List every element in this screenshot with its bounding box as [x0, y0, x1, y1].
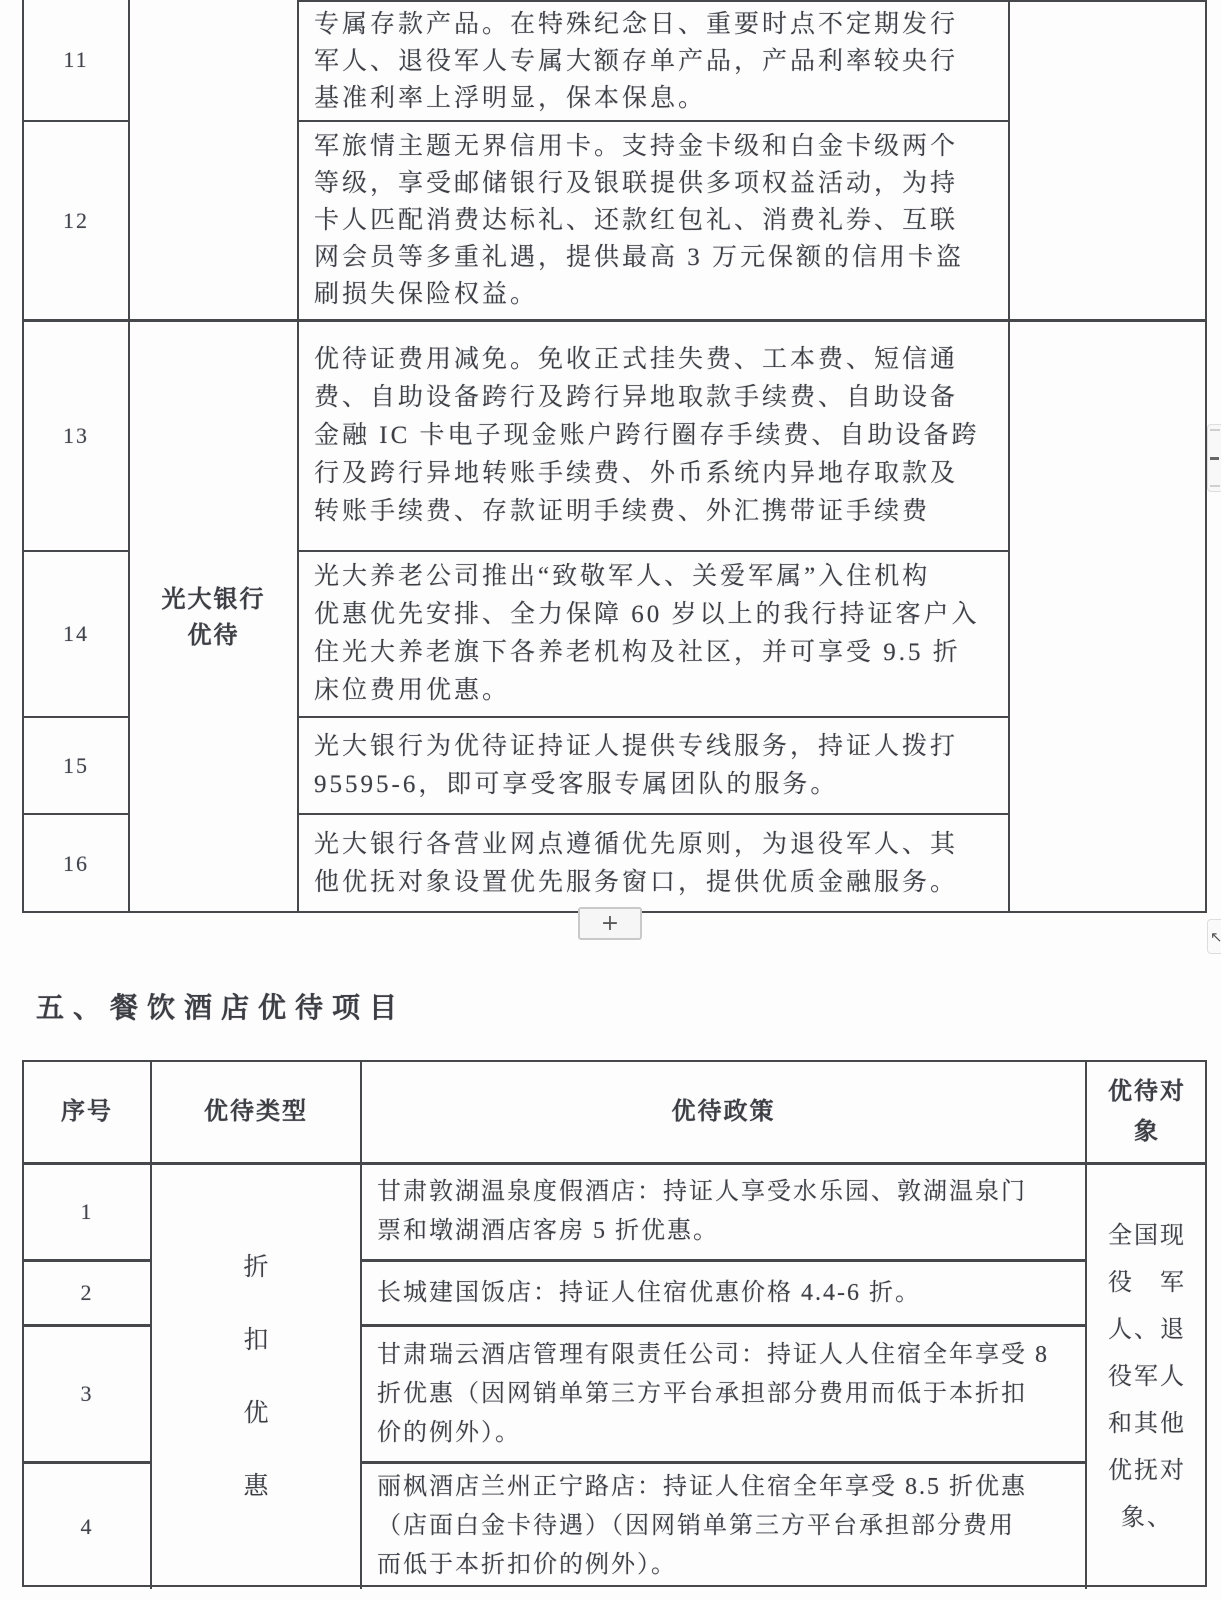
header-benefit-type: 优待类型	[152, 1062, 362, 1165]
header-serial-number: 序号	[24, 1062, 152, 1165]
nw-arrow-icon: ↖	[1210, 928, 1221, 946]
benefit-policy-cell: 甘肃瑞云酒店管理有限责任公司：持证人人住宿全年享受 8 折优惠（因网销单第三方平…	[362, 1327, 1087, 1464]
row-number-cell: 13	[24, 322, 130, 552]
scrollbar-tick	[1210, 485, 1220, 487]
header-benefit-policy: 优待政策	[362, 1062, 1087, 1165]
row-number-cell: 12	[24, 122, 130, 322]
benefit-policy-cell: 甘肃敦湖温泉度假酒店：持证人享受水乐园、敦湖温泉门 票和墩湖酒店客房 5 折优惠…	[362, 1165, 1087, 1262]
hotel-benefits-table: 序号 优待类型 优待政策 优待对 象 1 2 3 4 折 扣 优 惠 甘肃敦湖温…	[22, 1060, 1207, 1587]
benefit-policy-cell: 军旅情主题无界信用卡。支持金卡级和白金卡级两个 等级，享受邮储银行及银联提供多项…	[299, 122, 1010, 322]
benefit-policy-cell: 光大银行各营业网点遵循优先原则，为退役军人、其 他优抚对象设置优先服务窗口，提供…	[299, 815, 1010, 913]
scrollbar-handle[interactable]	[1207, 424, 1221, 492]
row-number-cell: 1	[24, 1165, 152, 1262]
benefit-type-cell-continued	[130, 0, 299, 322]
row-number-cell: 16	[24, 815, 130, 913]
scroll-to-top-button[interactable]: ↖	[1207, 919, 1221, 954]
scrollbar-thumb	[1210, 457, 1219, 460]
benefit-policy-cell: 专属存款产品。在特殊纪念日、重要时点不定期发行 军人、退役军人专属大额存单产品，…	[299, 0, 1010, 122]
document-page: { "section_title": "五、餐饮酒店优待项目", "plus_b…	[0, 0, 1221, 1600]
row-number-cell: 2	[24, 1262, 152, 1327]
header-benefit-target: 优待对 象	[1087, 1062, 1207, 1165]
row-number-cell: 4	[24, 1464, 152, 1589]
section-title: 五、餐饮酒店优待项目	[36, 986, 406, 1026]
benefit-policy-cell: 光大银行为优待证持证人提供专线服务，持证人拨打 95595-6，即可享受客服专属…	[299, 718, 1010, 815]
benefit-policy-cell: 光大养老公司推出“致敬军人、关爱军属”入住机构 优惠优先安排、全力保障 60 岁…	[299, 552, 1010, 718]
row-number-cell: 14	[24, 552, 130, 718]
benefit-policy-cell: 丽枫酒店兰州正宁路店：持证人住宿全年享受 8.5 折优惠 （店面白金卡待遇）（因…	[362, 1464, 1087, 1589]
row-number-cell: 3	[24, 1327, 152, 1464]
benefit-type-cell: 光大银行 优待	[130, 322, 299, 913]
benefit-target-cell	[1010, 0, 1207, 322]
benefit-target-cell	[1010, 322, 1207, 913]
table-plus-button[interactable]: +	[578, 907, 642, 940]
bank-benefits-table: 11 12 13 14 15 16 光大银行 优待 专属存款产品。在特殊纪念日、…	[22, 0, 1207, 913]
benefit-policy-cell: 优待证费用减免。免收正式挂失费、工本费、短信通 费、自助设备跨行及跨行异地取款手…	[299, 322, 1010, 552]
scrollbar-tick	[1210, 429, 1220, 431]
benefit-policy-cell: 长城建国饭店：持证人住宿优惠价格 4.4-6 折。	[362, 1262, 1087, 1327]
row-number-cell: 15	[24, 718, 130, 815]
row-number-cell: 11	[24, 0, 130, 122]
benefit-target-cell: 全国现 役 军 人、退 役军人 和其他 优抚对 象、	[1087, 1165, 1207, 1589]
benefit-type-cell: 折 扣 优 惠	[152, 1165, 362, 1589]
